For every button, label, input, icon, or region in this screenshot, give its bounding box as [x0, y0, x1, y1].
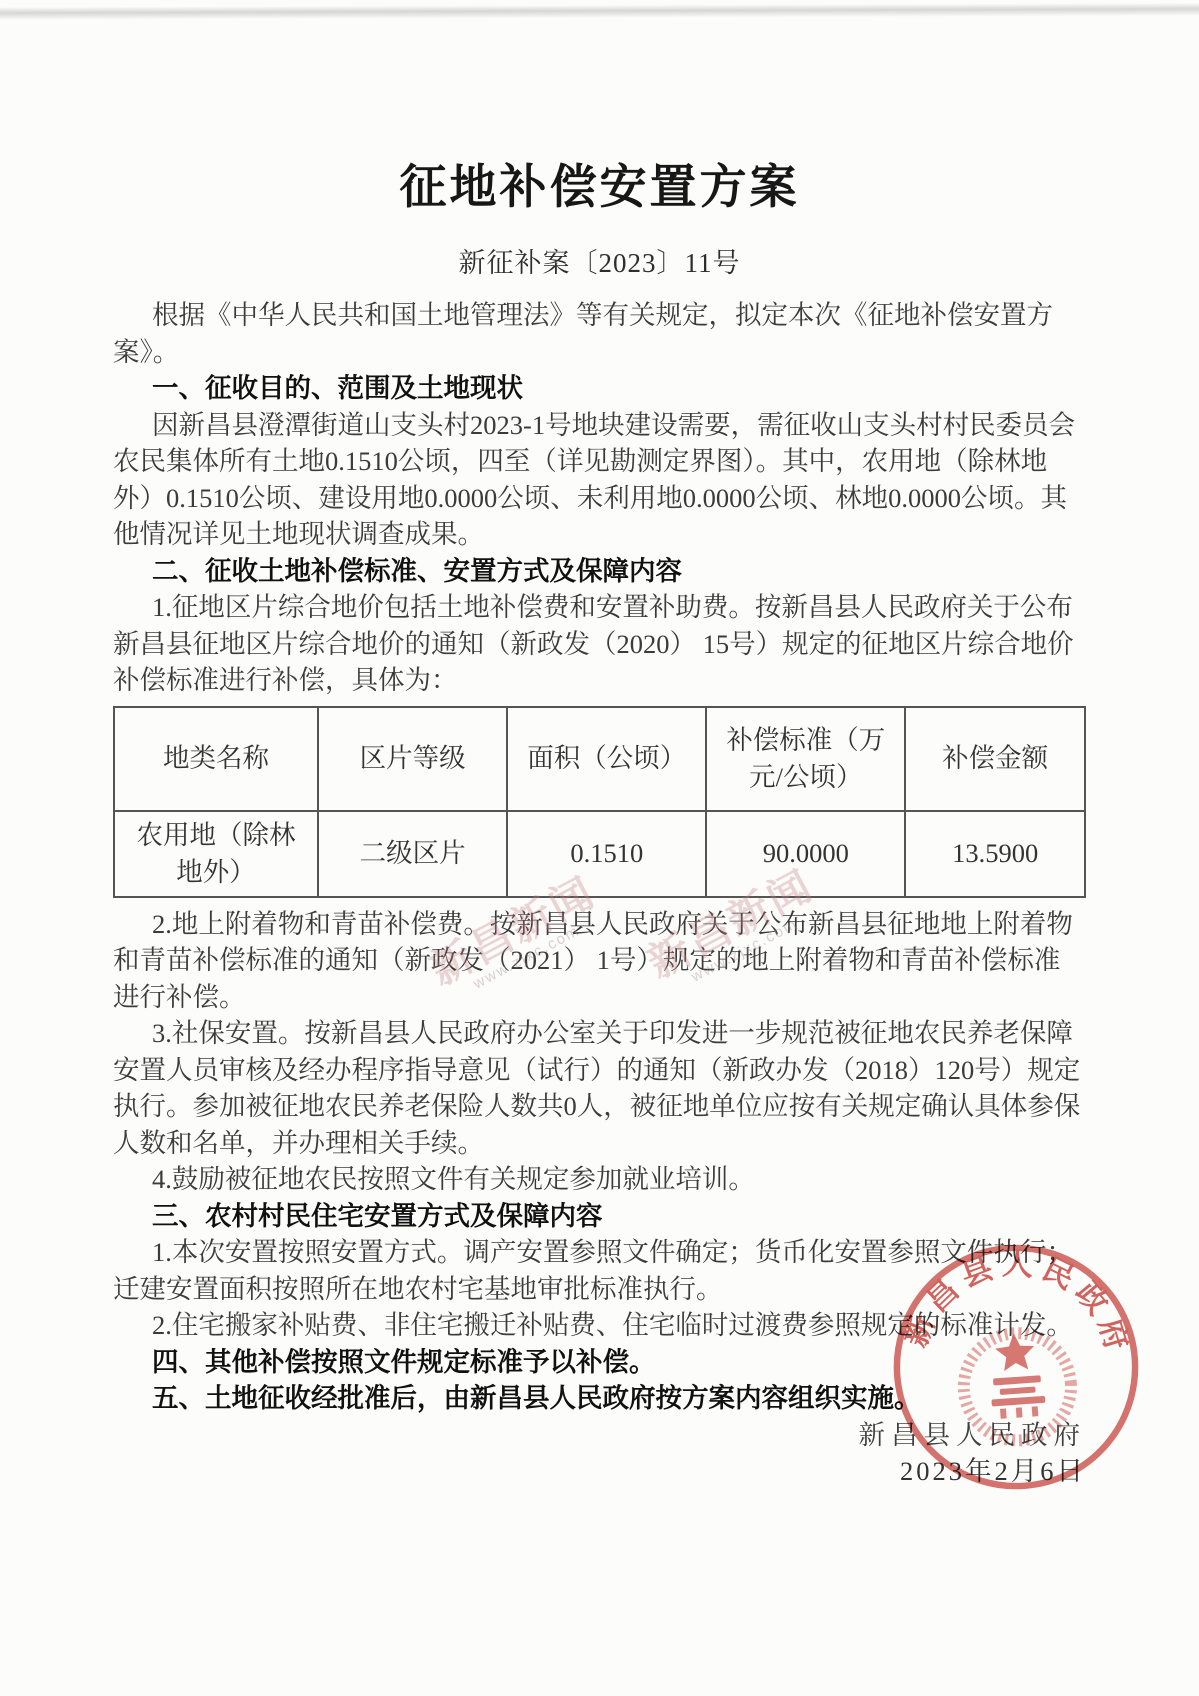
document-title: 征地补偿安置方案	[0, 150, 1199, 217]
section2-heading: 二、征收土地补偿标准、安置方式及保障内容	[113, 553, 1086, 590]
col-header-amount: 补偿金额	[905, 707, 1085, 811]
intro-paragraph: 根据《中华人民共和国土地管理法》等有关规定，拟定本次《征地补偿安置方案》。	[113, 297, 1086, 370]
section3-heading: 三、农村村民住宅安置方式及保障内容	[113, 1198, 1086, 1235]
table-row: 农用地（除林地外） 二级区片 0.1510 90.0000 13.5900	[114, 811, 1085, 897]
cell-amount: 13.5900	[905, 811, 1085, 897]
cell-standard: 90.0000	[706, 811, 905, 897]
col-header-land-type: 地类名称	[114, 707, 318, 811]
scan-artifact-line	[0, 3, 1199, 20]
cell-zone-grade: 二级区片	[318, 811, 507, 897]
section2-item1: 1.征地区片综合地价包括土地补偿费和安置补助费。按新昌县人民政府关于公布新昌县征…	[113, 589, 1086, 699]
section2-item2: 2.地上附着物和青苗补偿费。按新昌县人民政府关于公布新昌县征地地上附着物和青苗补…	[113, 906, 1086, 1016]
section1-paragraph: 因新昌县澄潭街道山支头村2023-1号地块建设需要，需征收山支头村村民委员会农民…	[113, 407, 1086, 553]
seal-emblem-icon	[960, 1330, 1074, 1444]
section2-item3: 3.社保安置。按新昌县人民政府办公室关于印发进一步规范被征地农民养老保障安置人员…	[113, 1015, 1086, 1161]
cell-land-type: 农用地（除林地外）	[114, 811, 318, 897]
scanned-document-page: 征地补偿安置方案 新征补案〔2023〕11号 根据《中华人民共和国土地管理法》等…	[0, 0, 1199, 1696]
section1-heading: 一、征收目的、范围及土地现状	[113, 370, 1086, 407]
col-header-zone-grade: 区片等级	[318, 707, 507, 811]
official-seal-icon: 新昌县人民政府	[877, 1229, 1154, 1505]
compensation-table: 地类名称 区片等级 面积（公顷） 补偿标准（万元/公顷） 补偿金额 农用地（除林…	[113, 706, 1086, 898]
section2-item4: 4.鼓励被征地农民按照文件有关规定参加就业培训。	[113, 1161, 1086, 1198]
cell-area: 0.1510	[507, 811, 706, 897]
document-number: 新征补案〔2023〕11号	[0, 241, 1199, 280]
col-header-area: 面积（公顷）	[507, 707, 706, 811]
col-header-standard: 补偿标准（万元/公顷）	[706, 707, 905, 811]
table-header-row: 地类名称 区片等级 面积（公顷） 补偿标准（万元/公顷） 补偿金额	[114, 707, 1085, 811]
